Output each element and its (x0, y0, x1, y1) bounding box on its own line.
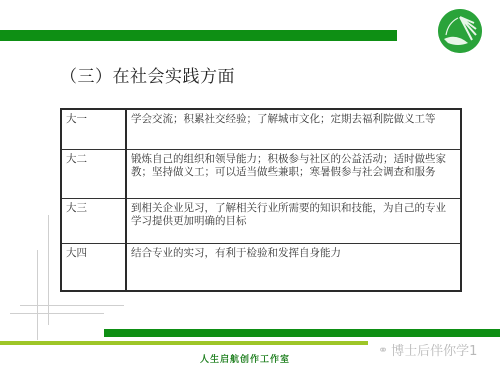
decorative-line (37, 250, 38, 340)
decorative-line (48, 215, 49, 325)
table-row: 大一 学会交流；积累社交经验；了解城市文化；定期去福利院做义工等 (61, 109, 461, 149)
year-cell: 大三 (61, 198, 126, 243)
decorative-line (10, 313, 104, 314)
year-cell: 大一 (61, 109, 126, 149)
logo-icon (438, 9, 482, 53)
content-cell: 到相关企业见习，了解相关行业所需要的知识和技能，为自己的专业学习提供更加明确的目… (126, 198, 461, 243)
year-cell: 大二 (61, 149, 126, 198)
footer-studio-name: 人生启航创作工作室 (200, 352, 290, 365)
decorative-line (20, 305, 124, 306)
table-row: 大二 锻炼自己的组织和领导能力；积极参与社区的公益活动；适时做些家教；坚持做义工… (61, 149, 461, 198)
content-cell: 结合专业的实习，有利于检验和发挥自身能力 (126, 243, 461, 291)
watermark-text: 博士后伴你学1 (391, 340, 477, 359)
header-green-bar (0, 30, 397, 41)
wechat-icon: ⚭ (378, 343, 388, 357)
content-cell: 学会交流；积累社交经验；了解城市文化；定期去福利院做义工等 (126, 109, 461, 149)
footer-lime-bar (0, 341, 368, 345)
watermark: ⚭ 博士后伴你学1 (378, 340, 477, 359)
table-row: 大四 结合专业的实习，有利于检验和发挥自身能力 (61, 243, 461, 291)
table-row: 大三 到相关企业见习，了解相关行业所需要的知识和技能，为自己的专业学习提供更加明… (61, 198, 461, 243)
slide-title: （三）在社会实践方面 (60, 62, 235, 87)
footer-green-bar (104, 329, 500, 337)
year-cell: 大四 (61, 243, 126, 291)
social-practice-table: 大一 学会交流；积累社交经验；了解城市文化；定期去福利院做义工等 大二 锻炼自己… (60, 108, 462, 292)
content-cell: 锻炼自己的组织和领导能力；积极参与社区的公益活动；适时做些家教；坚持做义工；可以… (126, 149, 461, 198)
